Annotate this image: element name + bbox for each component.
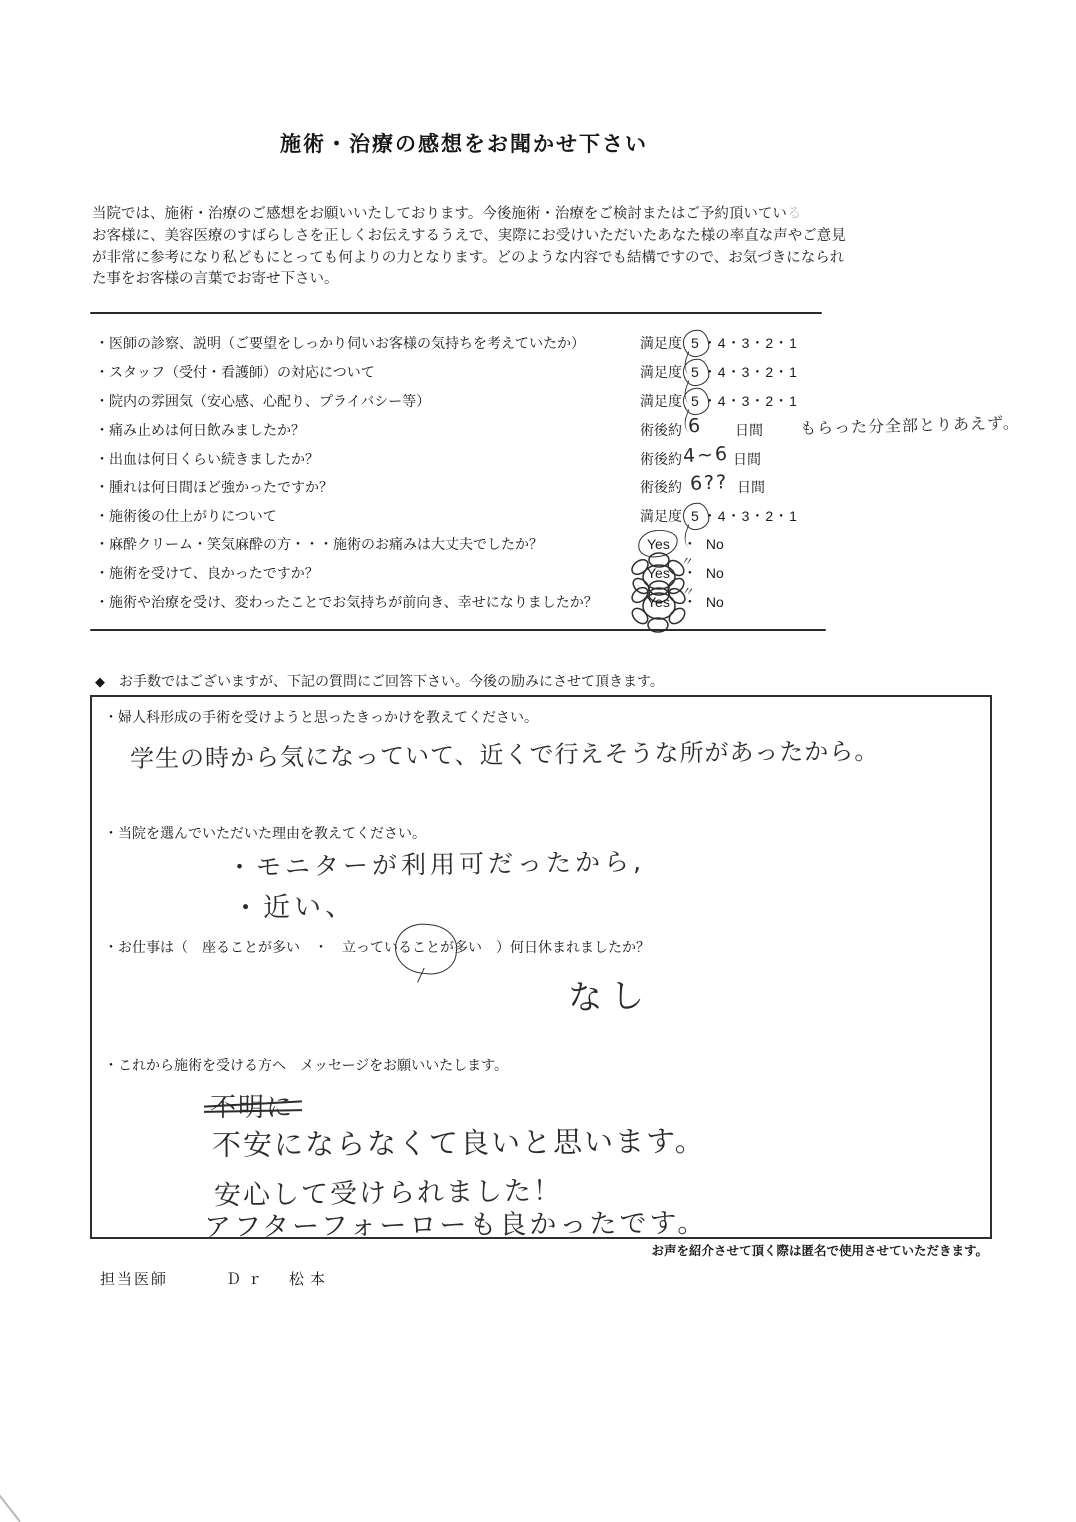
rating-selected-value: 5 [691, 393, 699, 409]
question-work-label: ・お仕事は（ 座ることが多い ・ 立っていることが多い ）何日休まれましたか？ [104, 937, 650, 957]
handwritten-work-answer: なし [567, 968, 653, 1020]
days-label: 日間 [737, 477, 765, 497]
rating-row-result: ・施術後の仕上がりについて 満足度 5・4・3・2・1 [95, 503, 1025, 529]
satisfaction-label: 満足度 [640, 391, 682, 411]
work-label-post: 多い ）何日休まれましたか？ [454, 939, 650, 955]
postop-label: 術後約 [640, 449, 682, 469]
question-label: ・施術後の仕上がりについて [95, 506, 277, 526]
rating-selected-value: 5 [691, 364, 699, 380]
yesno-row-anesthesia: ・麻酔クリーム・笑気麻酔の方・・・施術のお痛みは大丈夫でしたか？ Yes・No [95, 531, 1025, 557]
section2-header-text: お手数ではございますが、下記の質問にご回答下さい。今後の励みにさせて頂きます。 [119, 673, 664, 689]
question-label: ・腫れは何日間ほど強かったですか？ [95, 477, 333, 497]
intro-line-text: が非常に参考になり私どもにとっても何よりの力となります。どのような内容でも結構で… [92, 250, 844, 266]
intro-line-text: た事をお客様の言葉でお寄せ下さい。 [92, 271, 339, 287]
rating-scale: 5・4・3・2・1 [687, 333, 798, 353]
rating-scale: 5・4・3・2・1 [687, 506, 798, 526]
handwritten-days-value: 6 [687, 415, 702, 438]
circled-rating-mark: 5 [687, 508, 703, 524]
intro-line: た事をお客様の言葉でお寄せ下さい。 [92, 269, 862, 291]
doctor-line: 担当医師Ｄｒ 松本 [100, 1268, 331, 1289]
handwritten-reason-answer: 学生の時から気になっていて、近くで行えそうな所があったから。 [130, 731, 880, 774]
rating-scale: 5・4・3・2・1 [687, 391, 798, 411]
intro-line-text: 当院では、施術・治療のご感想をお願いいたしております。今後施術・治療をご検討また… [92, 206, 787, 222]
no-label: No [706, 536, 724, 552]
question-reason-label: ・婦人科形成の手術を受けようと思ったきっかけを教えてください。 [104, 707, 538, 727]
doctor-name: Ｄｒ 松本 [226, 1271, 331, 1288]
rating-scale-rest: ・4・3・2・1 [703, 335, 798, 351]
intro-line: が非常に参考になり私どもにとっても何よりの力となります。どのような内容でも結構で… [92, 248, 862, 270]
work-label-pre: ・お仕事は（ 座ることが多い ・ 立ってい [104, 939, 398, 955]
question-message-label: ・これから施術を受ける方へ メッセージをお願いいたします。 [104, 1055, 508, 1075]
yes-label: Yes [647, 536, 670, 552]
yes-circled-doodle: Yes 〃 [643, 565, 674, 581]
section2-header: ◆お手数ではございますが、下記の質問にご回答下さい。今後の励みにさせて頂きます。 [95, 671, 664, 691]
satisfaction-label: 満足度 [640, 333, 682, 353]
no-label: No [706, 565, 724, 581]
handwritten-days-value: 6?? [689, 471, 728, 495]
days-label: 日間 [733, 449, 761, 469]
days-label: 日間 [735, 420, 763, 440]
handwritten-message-line-3: アフターフォーローも良かったです。 [204, 1201, 708, 1244]
rating-selected-value: 5 [691, 335, 699, 351]
work-circled-option: ることが [398, 937, 454, 957]
doctor-label: 担当医師 [100, 1271, 168, 1288]
intro-line-text: お客様に、美容医療のすばらしさを正しくお伝えするうえで、実際にお受けいただいたあ… [92, 228, 846, 244]
intro-line: 当院では、施術・治療のご感想をお願いいたしております。今後施術・治療をご検討また… [92, 204, 862, 226]
postop-label: 術後約 [640, 420, 682, 440]
work-circled-text: ることが [398, 939, 454, 955]
anonymous-usage-note: お声を紹介させて頂く際は匿名で使用させていただきます。 [560, 1241, 988, 1259]
intro-faint-char: る [787, 206, 802, 222]
crossed-out-text: 不明に [210, 1087, 294, 1124]
question-label: ・施術を受けて、良かったですか？ [95, 563, 319, 583]
question-label: ・痛み止めは何日飲みましたか？ [95, 420, 305, 440]
yesno-row-glad: ・施術を受けて、良かったですか？ Yes 〃 ・No [95, 560, 1025, 586]
satisfaction-label: 満足度 [640, 506, 682, 526]
divider-top [90, 312, 822, 314]
question-label: ・院内の雰囲気（安心感、心配り、プライバシー等） [95, 391, 430, 411]
yes-circled-doodle: Yes 〃 [643, 594, 674, 610]
rating-row-doctor: ・医師の診察、説明（ご要望をしっかり伺いお客様の気持ちを考えていたか） 満足度 … [95, 330, 1025, 356]
question-label: ・出血は何日くらい続きましたか？ [95, 449, 319, 469]
freeform-answers-box: ・婦人科形成の手術を受けようと思ったきっかけを教えてください。 学生の時から気に… [90, 695, 992, 1239]
question-why-clinic-label: ・当院を選んでいただいた理由を教えてください。 [104, 823, 426, 843]
satisfaction-label: 満足度 [640, 362, 682, 382]
handwritten-why-answer-2: ・近い、 [232, 884, 357, 925]
yes-label: Yes [647, 594, 670, 610]
question-label: ・スタッフ（受付・看護師）の対応について [95, 362, 375, 382]
postop-label: 術後約 [640, 477, 682, 497]
handwritten-note: もらった分全部とりあえず。 [800, 410, 1020, 439]
handwritten-crossed-out: 不明に [210, 1087, 294, 1124]
rating-row-painkiller-days: ・痛み止めは何日飲みましたか？ 術後約 6 日間 もらった分全部とりあえず。 [95, 417, 1025, 443]
rating-row-staff: ・スタッフ（受付・看護師）の対応について 満足度 5・4・3・2・1 [95, 359, 1025, 385]
rating-selected-value: 5 [691, 508, 699, 524]
rating-row-bleeding-days: ・出血は何日くらい続きましたか？ 術後約 4~6 日間 [95, 446, 1025, 472]
intro-line: お客様に、美容医療のすばらしさを正しくお伝えするうえで、実際にお受けいただいたあ… [92, 226, 862, 248]
no-label: No [706, 594, 724, 610]
handwritten-days-value: 4~6 [682, 443, 729, 467]
handwritten-message-line-1: 不安にならなくて良いと思います。 [212, 1119, 706, 1164]
yesno-answer: Yes 〃 ・No [643, 592, 724, 612]
circled-rating-mark: 5 [687, 364, 703, 380]
yes-label: Yes [647, 565, 670, 581]
question-label: ・施術や治療を受け、変わったことでお気持ちが前向き、幸せになりましたか？ [95, 592, 598, 612]
yesno-row-happier: ・施術や治療を受け、変わったことでお気持ちが前向き、幸せになりましたか？ Yes [95, 589, 1025, 615]
handwritten-why-answer-1: ・モニターが利用可だったから, [227, 842, 645, 884]
rating-scale-rest: ・4・3・2・1 [703, 364, 798, 380]
circled-rating-mark: 5 [687, 393, 703, 409]
diamond-icon: ◆ [95, 674, 105, 689]
scan-artifact-mark [0, 1488, 21, 1522]
yes-circled-mark: Yes [643, 536, 674, 552]
rating-row-atmosphere: ・院内の雰囲気（安心感、心配り、プライバシー等） 満足度 5・4・3・2・1 [95, 388, 1025, 414]
rating-scale-rest: ・4・3・2・1 [703, 393, 798, 409]
rating-row-swelling-days: ・腫れは何日間ほど強かったですか？ 術後約 6?? 日間 [95, 474, 1025, 500]
rating-scale: 5・4・3・2・1 [687, 362, 798, 382]
question-label: ・医師の診察、説明（ご要望をしっかり伺いお客様の気持ちを考えていたか） [95, 333, 585, 353]
divider-bottom [90, 629, 826, 631]
question-label: ・麻酔クリーム・笑気麻酔の方・・・施術のお痛みは大丈夫でしたか？ [95, 534, 543, 554]
intro-paragraph: 当院では、施術・治療のご感想をお願いいたしております。今後施術・治療をご検討また… [92, 204, 862, 291]
page-title: 施術・治療の感想をお聞かせ下さい [280, 128, 648, 158]
circled-rating-mark: 5 [687, 335, 703, 351]
rating-scale-rest: ・4・3・2・1 [703, 508, 798, 524]
